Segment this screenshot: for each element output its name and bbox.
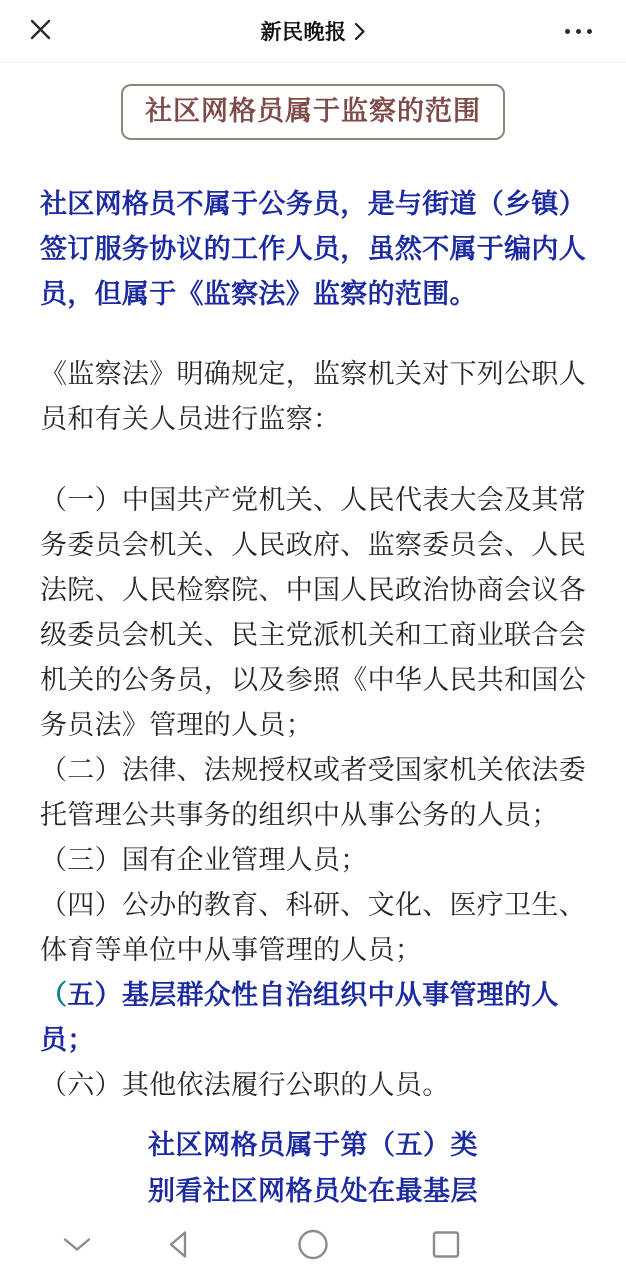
chevron-down-icon [62,1237,92,1256]
titlebar: 新民晚报 [0,0,626,63]
three-dots-icon [565,29,592,34]
intro-paragraph: 《监察法》明确规定，监察机关对下列公职人员和有关人员进行监察： [40,352,586,442]
list-item-6: （六）其他依法履行公职的人员。 [40,1063,586,1108]
android-navbar [0,1212,626,1280]
publisher-button[interactable]: 新民晚报 [0,0,626,62]
triangle-back-icon [164,1229,194,1264]
recents-button[interactable] [430,1229,462,1264]
square-recents-icon [430,1229,462,1264]
list-item-4: （四）公办的教育、科研、文化、医疗卫生、体育等单位中从事管理的人员； [40,883,586,973]
lead-paragraph: 社区网格员不属于公务员，是与街道（乡镇）签订服务协议的工作人员，虽然不属于编内人… [40,182,586,317]
conclusion-line-1: 社区网格员属于第（五）类 [40,1122,586,1168]
list-item-5-highlighted: （五）基层群众性自治组织中从事管理的人员； [40,973,586,1063]
conclusion-block: 社区网格员属于第（五）类 别看社区网格员处在最基层 [40,1122,586,1212]
chevron-right-icon [353,21,366,42]
circle-home-icon [296,1228,330,1265]
list-item-2: （二）法律、法规授权或者受国家机关依法委托管理公共事务的组织中从事公务的人员； [40,748,586,838]
home-button[interactable] [296,1228,330,1265]
article-content: 社区网格员属于监察的范围 社区网格员不属于公务员，是与街道（乡镇）签订服务协议的… [0,62,626,1212]
supervision-list: （一）中国共产党机关、人民代表大会及其常务委员会机关、人民政府、监察委员会、人民… [40,478,586,1108]
more-button[interactable] [552,0,604,62]
back-button[interactable] [164,1229,194,1264]
collapse-navbar-button[interactable] [62,1237,92,1256]
page: 新民晚报 社区网格员属于监察的范围 社区网格员不属于公务员，是与街道（乡镇）签订… [0,0,626,1280]
publisher-name: 新民晚报 [261,16,347,46]
list-item-1: （一）中国共产党机关、人民代表大会及其常务委员会机关、人民政府、监察委员会、人民… [40,478,586,748]
list-item-3: （三）国有企业管理人员； [40,838,586,883]
section-tag: 社区网格员属于监察的范围 [121,84,505,140]
conclusion-line-2: 别看社区网格员处在最基层 [40,1168,586,1212]
